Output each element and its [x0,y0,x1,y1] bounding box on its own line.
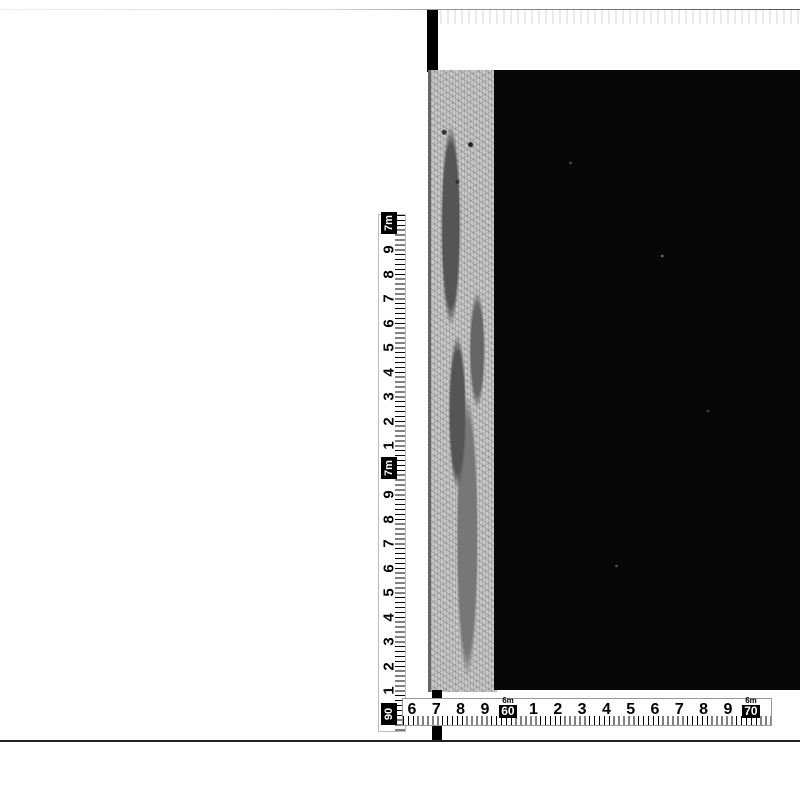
ruler-major-mark: 7m [381,212,397,234]
ruler-major-mark: 7m [381,457,397,479]
ruler-number: 9 [478,701,492,719]
ruler-number: 4 [382,363,397,381]
ruler-number: 8 [382,265,397,283]
ruler-unit-label: 6m [745,696,757,705]
ruler-number: 3 [575,701,589,719]
ruler-number: 5 [382,584,397,602]
ruler-number: 7 [382,535,397,553]
scan-noise [440,10,800,24]
ruler-number: 4 [599,701,613,719]
ruler-number: 7 [382,290,397,308]
specimen-strip [428,70,497,692]
ruler-number: 8 [697,701,711,719]
ruler-number: 1 [382,682,397,700]
ruler-major-mark: 70 [742,705,759,718]
ruler-number: 7 [429,701,443,719]
ruler-number: 6 [405,701,419,719]
ruler-number: 3 [382,633,397,651]
ruler-number: 5 [382,339,397,357]
dark-background [494,70,800,690]
ruler-number: 9 [721,701,735,719]
ruler-major-mark: 60 [499,705,516,718]
ruler-number: 8 [454,701,468,719]
ruler-number: 1 [382,437,397,455]
ruler-number: 8 [382,510,397,528]
scan-bottom-edge [0,740,800,742]
ruler-number: 2 [551,701,565,719]
ruler-number: 2 [382,412,397,430]
ruler-number: 9 [382,241,397,259]
ruler-number: 9 [382,486,397,504]
ruler-major-mark: 90 [381,703,397,725]
ruler-number: 6 [648,701,662,719]
ruler-unit-label: 6m [502,696,514,705]
ruler-number: 3 [382,388,397,406]
horizontal-ruler: 6789606m123456789706m [402,698,772,726]
ruler-number: 2 [382,657,397,675]
ruler-number: 5 [624,701,638,719]
ruler-number: 7 [672,701,686,719]
ruler-number: 6 [382,559,397,577]
ruler-number: 4 [382,608,397,626]
ruler-number: 1 [527,701,541,719]
ruler-number: 6 [382,314,397,332]
vertical-ruler: 1234567897m1234567897m90 [378,214,406,732]
black-frame-bar [427,10,438,72]
white-margin [438,24,800,70]
